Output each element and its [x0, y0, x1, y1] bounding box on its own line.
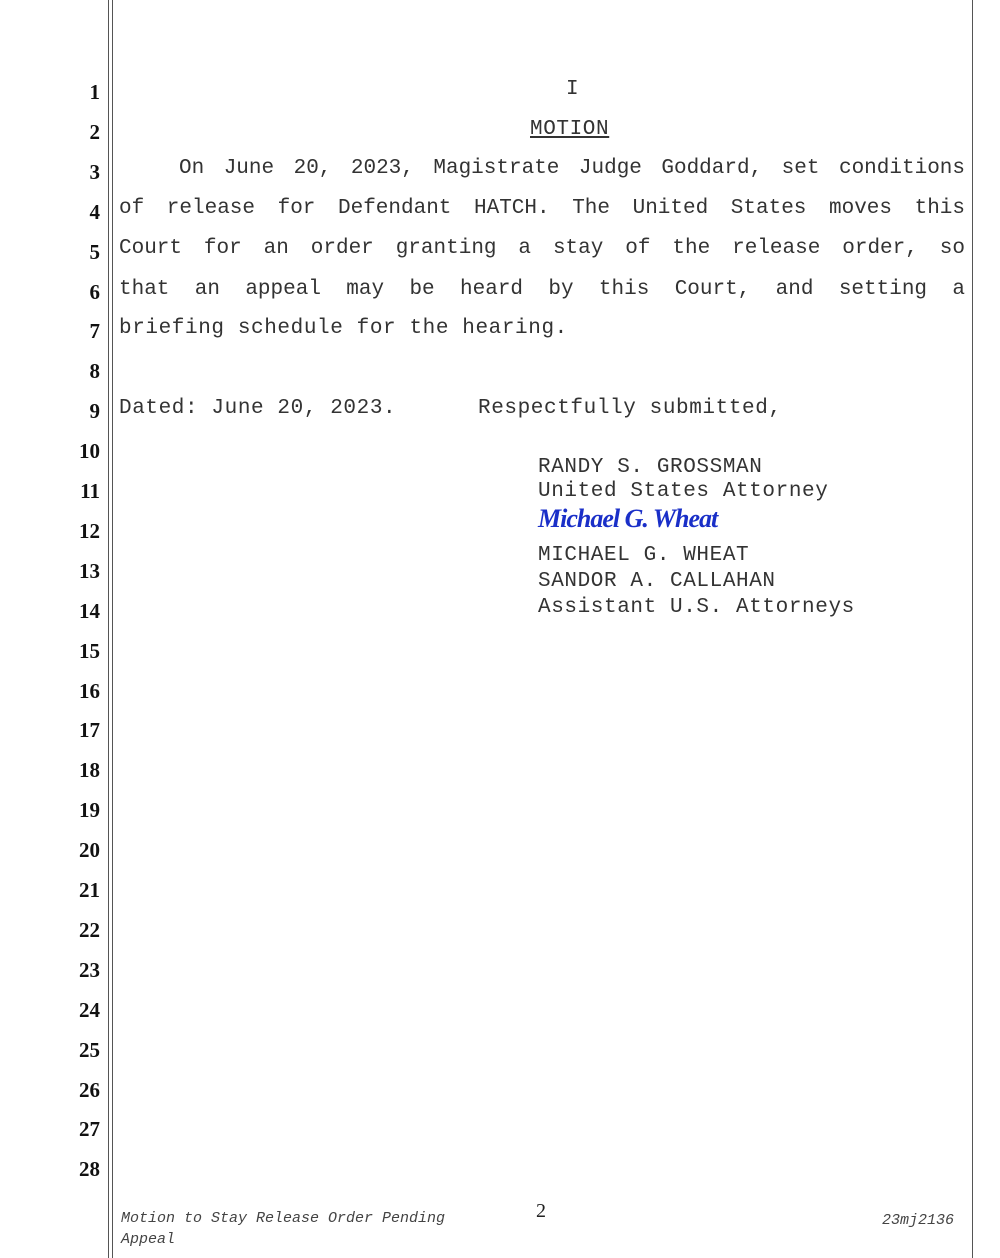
body-line-1: On June 20, 2023, Magistrate Judge Godda… [179, 157, 965, 180]
footer-title-line2: Appeal [121, 1231, 175, 1248]
signer-us-attorney-title: United States Attorney [538, 480, 828, 503]
line-number: 28 [60, 1157, 100, 1182]
line-number: 18 [60, 758, 100, 783]
body-line-5: briefing schedule for the hearing. [119, 317, 568, 340]
body-line-3: Court for an order granting a stay of th… [119, 237, 965, 260]
line-number: 9 [60, 399, 100, 424]
line-number: 23 [60, 958, 100, 983]
line-number: 14 [60, 599, 100, 624]
line-number: 5 [60, 240, 100, 265]
right-margin-rule [972, 0, 973, 1258]
body-line-2: of release for Defendant HATCH. The Unit… [119, 197, 965, 220]
line-number: 3 [60, 160, 100, 185]
section-number: I [566, 78, 579, 101]
line-number: 19 [60, 798, 100, 823]
section-title: MOTION [530, 118, 609, 141]
line-number: 24 [60, 998, 100, 1023]
signer-us-attorney: RANDY S. GROSSMAN [538, 456, 762, 479]
left-margin-rule-inner [112, 0, 113, 1258]
line-number: 26 [60, 1078, 100, 1103]
line-number: 27 [60, 1117, 100, 1142]
signature: Michael G. Wheat [538, 504, 717, 534]
line-number: 15 [60, 639, 100, 664]
line-number: 8 [60, 359, 100, 384]
signer-name-2: SANDOR A. CALLAHAN [538, 570, 776, 593]
line-number: 13 [60, 559, 100, 584]
dated-line: Dated: June 20, 2023. [119, 397, 396, 420]
line-number: 16 [60, 679, 100, 704]
left-margin-rule-outer [108, 0, 109, 1258]
signer-title: Assistant U.S. Attorneys [538, 596, 855, 619]
line-number: 11 [60, 479, 100, 504]
line-number: 10 [60, 439, 100, 464]
line-number: 22 [60, 918, 100, 943]
closing: Respectfully submitted, [478, 397, 782, 420]
page-number: 2 [536, 1200, 546, 1223]
line-number: 25 [60, 1038, 100, 1063]
line-number: 4 [60, 200, 100, 225]
line-number: 21 [60, 878, 100, 903]
line-number: 20 [60, 838, 100, 863]
case-number: 23mj2136 [882, 1212, 954, 1229]
line-number: 2 [60, 120, 100, 145]
line-number: 6 [60, 280, 100, 305]
line-number: 17 [60, 718, 100, 743]
line-number: 1 [60, 80, 100, 105]
line-number: 12 [60, 519, 100, 544]
signer-name-1: MICHAEL G. WHEAT [538, 544, 749, 567]
body-line-4: that an appeal may be heard by this Cour… [119, 278, 965, 301]
footer-title-line1: Motion to Stay Release Order Pending [121, 1210, 445, 1227]
line-number: 7 [60, 319, 100, 344]
